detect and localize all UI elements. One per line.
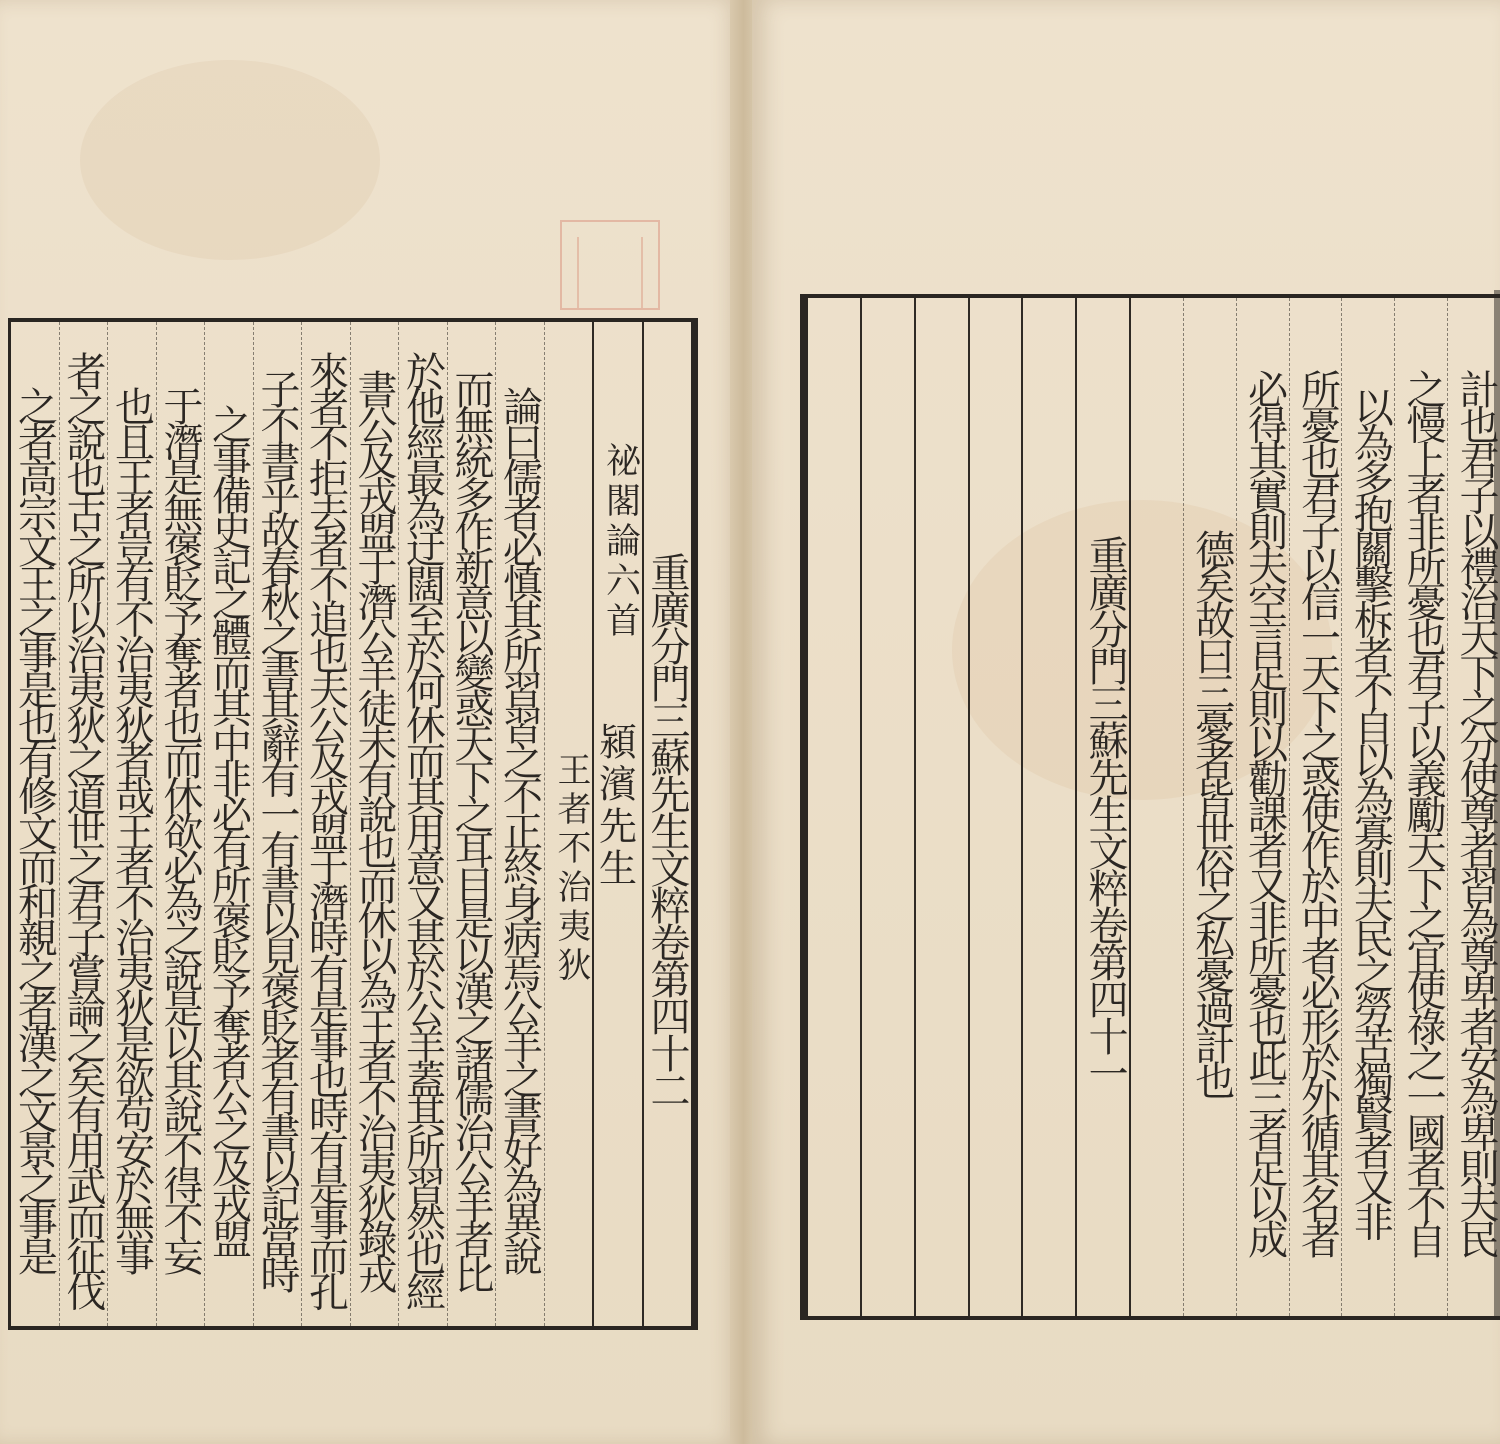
right-page-columns: 計也君子以禮治天下之分使尊者習為尊卑者安為卑則夫民 之慢上者非所憂也君子以義勵天… <box>808 298 1500 1316</box>
text-column: 所憂也君子以信一天下之惑使作於中者必形於外循其名者 <box>1289 298 1342 1316</box>
volume-title-column: 重廣分門三蘇先生文粹卷第四十二 <box>642 322 692 1326</box>
essay-title-column: 王者不治夷狄 <box>544 322 593 1326</box>
text-column: 德矣故曰三憂者皆世俗之私憂過計也 <box>1183 298 1236 1316</box>
empty-column <box>1021 298 1075 1316</box>
text-column: 書公及戎盟于潛公羊徒未有說也而休以為王者不治夷狄錄戎 <box>350 322 399 1326</box>
empty-column <box>968 298 1022 1316</box>
text-column: 而無統多作新意以變惑天下之耳目是以漢之諸儒治公羊者比 <box>447 322 496 1326</box>
empty-column <box>1129 298 1183 1316</box>
section-title: 祕閣論六首 <box>594 332 642 642</box>
empty-column <box>860 298 914 1316</box>
end-title-column: 重廣分門三蘇先生文粹卷第四十一 <box>1075 298 1129 1316</box>
left-page-columns: 重廣分門三蘇先生文粹卷第四十二 祕閣論六首 潁濱先生 王者不治夷狄 論曰儒者必慎… <box>11 322 691 1326</box>
text-column: 以為多抱關擊柝者不自以為寡則夫民之勞苦獨賢者又非 <box>1341 298 1394 1316</box>
text-column: 之者高宗文王之事是也有修文而和親之者漢之文景之事是 <box>11 322 59 1326</box>
left-page-frame: 重廣分門三蘇先生文粹卷第四十二 祕閣論六首 潁濱先生 王者不治夷狄 論曰儒者必慎… <box>8 318 698 1330</box>
left-page: 重廣分門三蘇先生文粹卷第四十二 祕閣論六首 潁濱先生 王者不治夷狄 論曰儒者必慎… <box>0 0 738 1444</box>
text-column: 論曰儒者必慎其所習習之不正終身病焉公羊之書好為異說 <box>495 322 544 1326</box>
text-column: 也且王者豈有不治夷狄者哉王者不治夷狄是欲苟安於無事 <box>107 322 156 1326</box>
author-name: 潁濱先生 <box>596 722 634 890</box>
section-author-column: 祕閣論六首 潁濱先生 <box>592 322 642 1326</box>
text-column: 于潛是無褒貶予奪者也而休欲必為之說是以其說不得不妄 <box>156 322 205 1326</box>
essay-title: 王者不治夷狄 <box>545 672 593 986</box>
volume-title: 重廣分門三蘇先生文粹卷第四十二 <box>644 552 692 1107</box>
text-column: 計也君子以禮治天下之分使尊者習為尊卑者安為卑則夫民 <box>1447 298 1500 1316</box>
text-column: 來者不拒去者不追也夫公及戎盟于潛時有是事也時有是事而孔 <box>301 322 350 1326</box>
faded-seal-impression <box>560 220 660 310</box>
book-spread: 重廣分門三蘇先生文粹卷第四十二 祕閣論六首 潁濱先生 王者不治夷狄 論曰儒者必慎… <box>0 0 1500 1444</box>
text-column: 之事備史記之體而其中非必有所褒貶予奪者公之及戎盟 <box>204 322 253 1326</box>
text-column: 子不書乎故春秋之書其辭有一有書以見褒貶者有書以記當時 <box>253 322 302 1326</box>
right-page: 計也君子以禮治天下之分使尊者習為尊卑者安為卑則夫民 之慢上者非所憂也君子以義勵天… <box>752 0 1500 1444</box>
empty-column <box>914 298 968 1316</box>
right-page-frame: 計也君子以禮治天下之分使尊者習為尊卑者安為卑則夫民 之慢上者非所憂也君子以義勵天… <box>800 294 1500 1320</box>
page-edge <box>1494 290 1500 1320</box>
text-column: 必得其實則夫空言足則以勸課者又非所憂也此三者足以成 <box>1236 298 1289 1316</box>
text-column: 之慢上者非所憂也君子以義勵天下之宜使祿之一國者不自 <box>1394 298 1447 1316</box>
text-column: 者之說也古之所以治夷狄之道世之君子嘗論之矣有用武而征伐 <box>59 322 108 1326</box>
end-title: 重廣分門三蘇先生文粹卷第四十一 <box>1077 535 1129 1090</box>
paper-stain <box>80 60 380 260</box>
empty-column <box>808 298 860 1316</box>
text-column: 於他經最為迂闊至於何休而其用意又甚於公羊蓋其所習然也經 <box>398 322 447 1326</box>
